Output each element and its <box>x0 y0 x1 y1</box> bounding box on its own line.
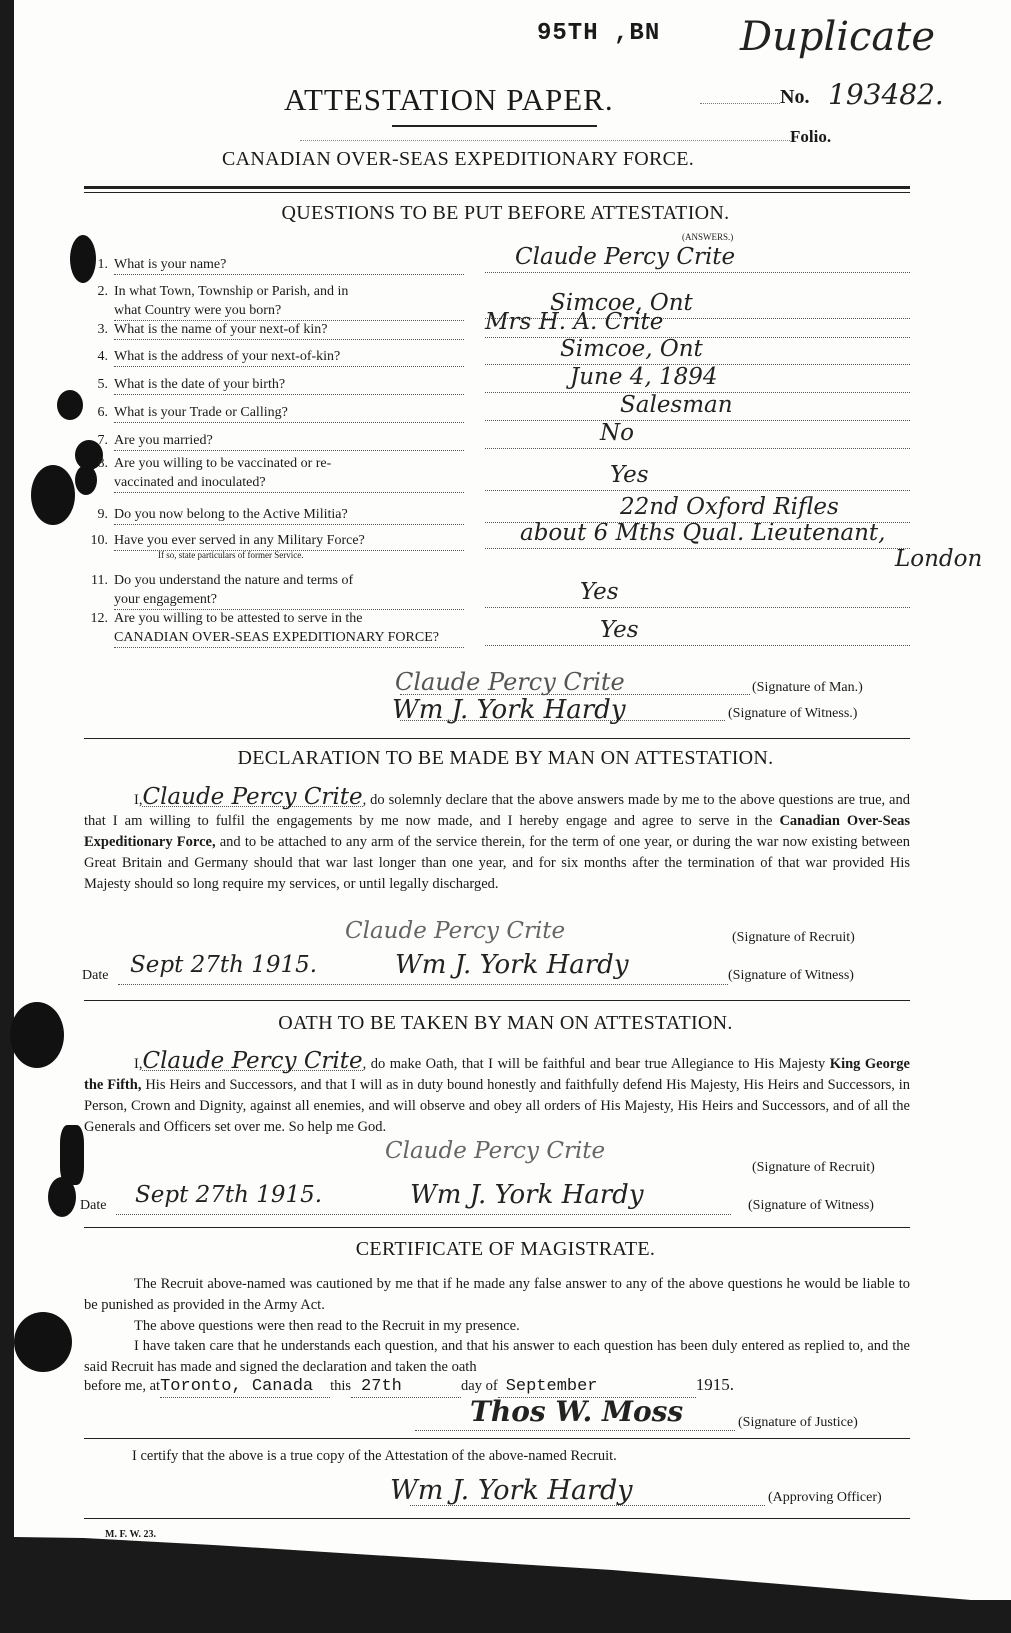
declaration-signature-recruit: Claude Percy Crite <box>345 918 565 944</box>
oath-signature-witness: Wm J. York Hardy <box>410 1180 644 1210</box>
title-rule <box>392 125 597 127</box>
magistrate-day: 27th <box>351 1376 461 1398</box>
magistrate-para-1: The Recruit above-named was cautioned by… <box>84 1274 910 1316</box>
answer-line <box>485 272 910 273</box>
oath-date-label: Date <box>80 1198 106 1214</box>
question-text: 3.What is the name of your next-of kin? <box>80 321 470 340</box>
answer-line <box>485 645 910 646</box>
question-text: what Country were you born? <box>80 302 470 321</box>
battalion-stamp: 95TH ,BN <box>537 20 660 47</box>
oath-signature-witness-label: (Signature of Witness) <box>748 1198 874 1214</box>
section-rule <box>84 1000 910 1001</box>
oath-name: Claude Percy Crite <box>142 1052 362 1071</box>
question-text: 1.What is your name? <box>80 256 470 275</box>
magistrate-para-2: The above questions were then read to th… <box>84 1316 910 1337</box>
answer-3: Mrs H. A. Crite <box>485 309 663 335</box>
folio-label: Folio. <box>790 127 831 147</box>
before-me-label: before me, at <box>84 1376 160 1397</box>
answer-6: Salesman <box>620 392 733 418</box>
signature-witness-label: (Signature of Witness.) <box>728 706 857 722</box>
question-text-line1: 8.Are you willing to be vaccinated or re… <box>80 455 331 473</box>
ink-blot <box>60 1125 84 1185</box>
oath-signature-recruit: Claude Percy Crite <box>385 1138 605 1164</box>
declaration-text: I,Claude Percy Crite, do solemnly declar… <box>84 788 910 895</box>
section-rule <box>84 1227 910 1228</box>
oath-text-a: , do make Oath, that I will be faithful … <box>363 1056 830 1072</box>
ink-blot <box>31 465 75 525</box>
answer-line <box>485 420 910 421</box>
declaration-date-label: Date <box>82 968 108 984</box>
question-text: CANADIAN OVER-SEAS EXPEDITIONARY FORCE? <box>80 629 470 648</box>
question-text-line1: 12.Are you willing to be attested to ser… <box>80 610 362 628</box>
answer-10-line2: London <box>895 546 982 572</box>
regimental-number: 193482. <box>828 78 944 111</box>
form-code-1: M. F. W. 23. <box>105 1528 156 1542</box>
section-rule <box>84 1438 910 1439</box>
oath-date-line <box>116 1214 731 1215</box>
ink-blot <box>14 1312 72 1372</box>
answer-line <box>485 448 910 449</box>
section-rule <box>84 738 910 739</box>
duplicate-mark: Duplicate <box>740 14 935 60</box>
magistrate-year: 1915. <box>696 1374 734 1395</box>
declaration-signature-recruit-label: (Signature of Recruit) <box>732 930 855 946</box>
question-text: 4.What is the address of your next-of-ki… <box>80 348 470 367</box>
declaration-signature-witness-label: (Signature of Witness) <box>728 968 854 984</box>
answer-1: Claude Percy Crite <box>515 244 735 270</box>
magistrate-heading: CERTIFICATE OF MAGISTRATE. <box>0 1238 1011 1261</box>
section-rule <box>84 1518 910 1519</box>
answer-10: about 6 Mths Qual. Lieutenant, <box>520 520 885 546</box>
signature-man-label: (Signature of Man.) <box>752 680 863 696</box>
declaration-heading: DECLARATION TO BE MADE BY MAN ON ATTESTA… <box>0 747 1011 770</box>
question-text-line1: 11.Do you understand the nature and term… <box>80 572 353 590</box>
question-text: your engagement? <box>80 591 470 610</box>
this-label: this <box>330 1376 351 1397</box>
questions-heading: QUESTIONS TO BE PUT BEFORE ATTESTATION. <box>0 202 1011 225</box>
signature-man: Claude Percy Crite <box>395 668 625 696</box>
question-text: 5.What is the date of your birth? <box>80 376 470 395</box>
signature-justice-line <box>415 1430 735 1431</box>
question-text: 7.Are you married? <box>80 432 470 451</box>
answer-7: No <box>600 420 634 446</box>
signature-justice-label: (Signature of Justice) <box>738 1415 858 1431</box>
answer-line <box>485 607 910 608</box>
number-label: No. <box>780 86 809 109</box>
approving-officer-label: (Approving Officer) <box>768 1490 882 1506</box>
question-text-line1: 2.In what Town, Township or Parish, and … <box>80 283 348 301</box>
answer-5: June 4, 1894 <box>570 364 718 390</box>
header-double-rule <box>84 186 910 193</box>
magistrate-place: Toronto, Canada <box>160 1376 330 1398</box>
approving-officer-line <box>410 1505 765 1506</box>
declaration-signature-witness: Wm J. York Hardy <box>395 950 629 980</box>
question-text: vaccinated and inoculated? <box>80 474 470 493</box>
document-title: ATTESTATION PAPER. <box>284 82 614 118</box>
signature-justice: Thos W. Moss <box>470 1395 683 1428</box>
oath-date: Sept 27th 1915. <box>135 1182 322 1208</box>
answer-8: Yes <box>610 462 649 488</box>
question-text: 6.What is your Trade or Calling? <box>80 404 470 423</box>
oath-prefix: I, <box>134 1056 142 1072</box>
answer-line <box>485 548 910 549</box>
declaration-date-line <box>118 984 728 985</box>
form-code-2: 200 M.—7-15. <box>105 1542 165 1556</box>
oath-text: I,Claude Percy Crite, do make Oath, that… <box>84 1052 910 1138</box>
declaration-prefix: I, <box>134 792 142 808</box>
day-of-label: day of <box>461 1376 498 1397</box>
question-text: 9.Do you now belong to the Active Militi… <box>80 506 470 525</box>
certification-text: I certify that the above is a true copy … <box>84 1446 910 1467</box>
question-note: If so, state particulars of former Servi… <box>158 550 303 560</box>
oath-heading: OATH TO BE TAKEN BY MAN ON ATTESTATION. <box>0 1012 1011 1035</box>
answer-12: Yes <box>600 617 639 643</box>
number-leader <box>700 103 780 104</box>
answers-label: (ANSWERS.) <box>682 232 733 242</box>
oath-signature-recruit-label: (Signature of Recruit) <box>752 1160 875 1176</box>
answer-9: 22nd Oxford Rifles <box>620 494 839 520</box>
declaration-date: Sept 27th 1915. <box>130 952 317 978</box>
question-text: 10.Have you ever served in any Military … <box>80 532 470 551</box>
approving-officer-signature: Wm J. York Hardy <box>390 1475 633 1506</box>
force-subtitle: CANADIAN OVER-SEAS EXPEDITIONARY FORCE. <box>222 148 694 171</box>
answer-line <box>485 490 910 491</box>
magistrate-para-3: I have taken care that he understands ea… <box>84 1336 910 1378</box>
answer-4: Simcoe, Ont <box>560 336 703 362</box>
oath-text-b: His Heirs and Successors, and that I wil… <box>84 1077 910 1135</box>
answer-11: Yes <box>580 579 619 605</box>
folio-leader <box>300 140 790 141</box>
signature-witness-line <box>400 720 725 721</box>
declaration-name: Claude Percy Crite <box>142 788 362 807</box>
ink-blot <box>48 1177 76 1217</box>
